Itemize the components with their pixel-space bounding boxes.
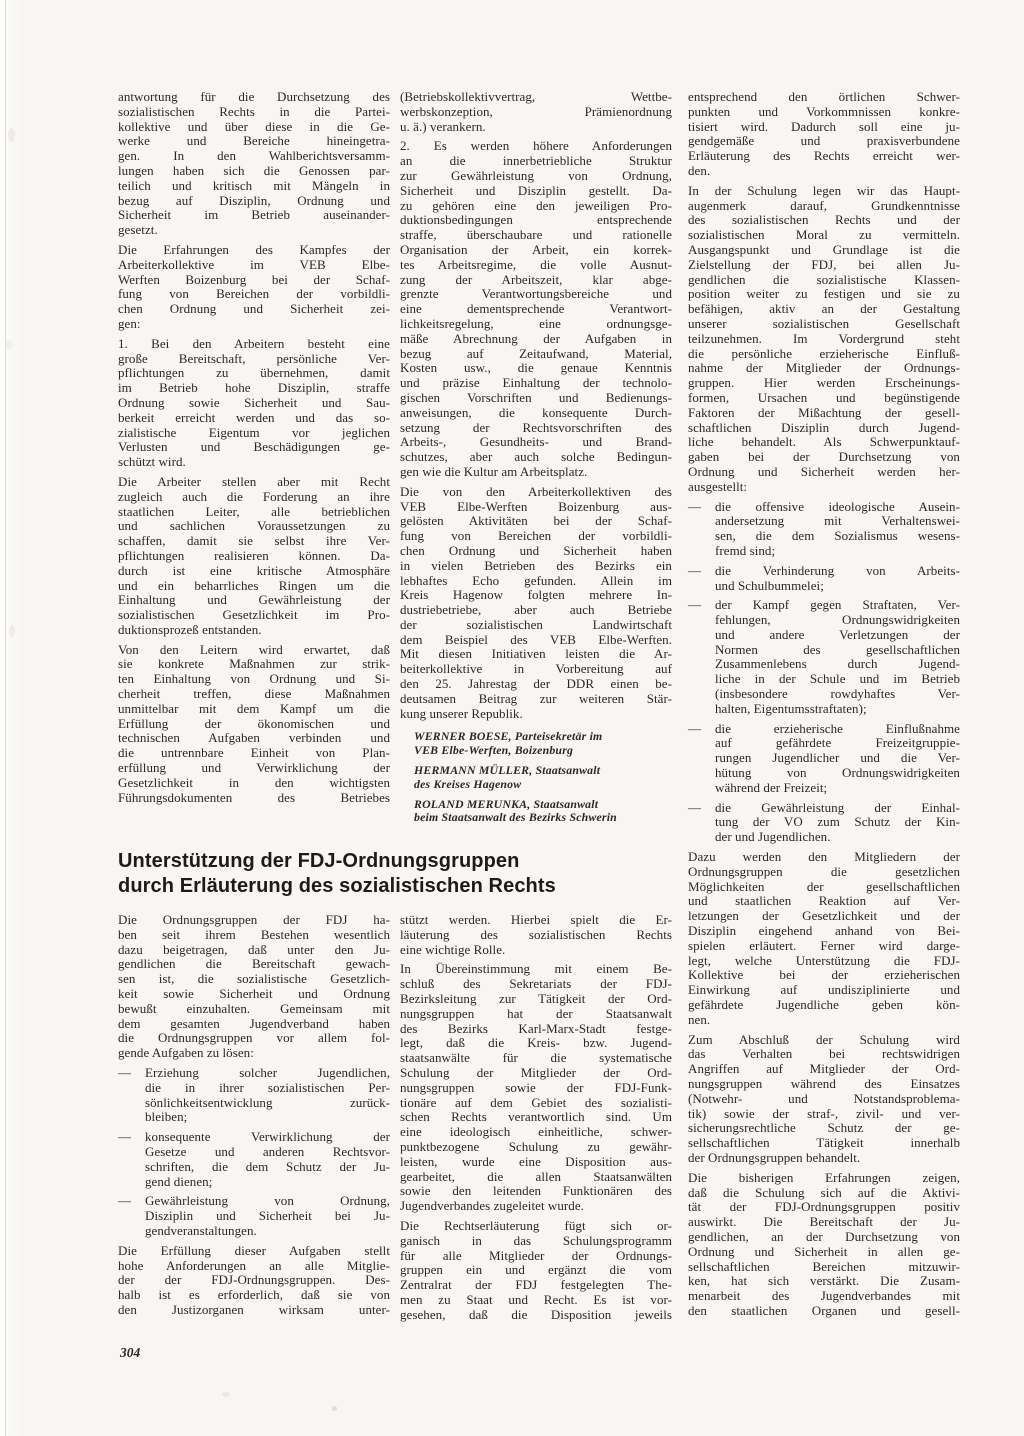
text-line: die erzieherische Einflußnahme [715, 722, 960, 737]
text-line: grenzte Verantwortungsbereiche und [400, 287, 672, 302]
text-line: auf gefährdete Freizeitgruppie- [715, 736, 960, 751]
text-line: der Kampf gegen Straftaten, Ver- [715, 598, 960, 613]
scan-smudge [222, 1392, 230, 1397]
text-line: gefährdete Jugendliche geben kön- [688, 998, 960, 1013]
text-line: dem Beispiel des VEB Elbe-Werften. [400, 633, 672, 648]
text-line: und sachlichen Voraussetzungen zu [118, 519, 390, 534]
text-line: in vielen Betrieben des Bezirks ein [400, 559, 672, 574]
column-left-top: antwortung für die Durchsetzung dessozia… [118, 90, 390, 805]
text-line: konsequente Verwirklichung der [145, 1130, 390, 1145]
author-credit: HERMANN MÜLLER, Staatsanwaltdes Kreises … [414, 764, 672, 792]
text-line: gende Aufgaben zu lösen: [118, 1046, 390, 1061]
text-line: halten, Eigentumsstraftaten); [715, 702, 960, 717]
text-line: sen ist, die sozialistische Gesetzlich- [118, 972, 390, 987]
text-line: fung von Bereichen der vorbildli- [118, 287, 390, 302]
text-line: ganisch in das Schulungsprogramm [400, 1234, 672, 1249]
text-line: den staatlichen Organen und gesell- [688, 1304, 960, 1319]
text-line: während der Freizeit; [715, 781, 960, 796]
text-line: menarbeit des Jugendverbandes mit [688, 1289, 960, 1304]
text-line: gruppen ein und ergänzt die vom [400, 1263, 672, 1278]
text-line: gen wie die Kultur am Arbeitsplatz. [400, 465, 672, 480]
text-line: nungsgruppen während des Einsatzes [688, 1077, 960, 1092]
bullet-item: —Gewährleistung von Ordnung,Disziplin un… [118, 1194, 390, 1238]
text-line: lichkeitsregelung, eine ordnungsge- [400, 317, 672, 332]
text-line: teilich und kritisch mit Mängeln in [118, 179, 390, 194]
text-line: keit sowie Sicherheit und Ordnung [118, 987, 390, 1002]
text-line: men zu Staat und Recht. Es ist vor- [400, 1293, 672, 1308]
bullet-dash-icon: — [688, 598, 715, 613]
text-line: Von den Leitern wird erwartet, daß [118, 643, 390, 658]
text-line: technischen Aufgaben verbinden und [118, 731, 390, 746]
column-left-bottom: Die Ordnungsgruppen der FDJ ha-ben seit … [118, 913, 390, 1318]
text-line: gendlichen die Bereitschaft gewach- [118, 957, 390, 972]
text-line: sellschaftlichen Tätigkeit innerhalb [688, 1136, 960, 1151]
text-line: Mit diesen Initiativen leisten die Ar- [400, 647, 672, 662]
text-line: sicherungsrechtliche Schutz der ge- [688, 1121, 960, 1136]
text-line: Erziehung solcher Jugendlichen, [145, 1066, 390, 1081]
text-line: gen. In den Wahlberichtsversamm- [118, 149, 390, 164]
text-line: nahme der Mitglieder der Ordnungs- [688, 361, 960, 376]
paragraph: 2. Es werden höhere Anforderungenan die … [400, 139, 672, 479]
bullet-item: —die Verhinderung von Arbeits-und Schulb… [688, 564, 960, 594]
text-line: Sicherheit und Disziplin gestellt. Da- [400, 184, 672, 199]
text-line: Zielstellung der FDJ, bei allen Ju- [688, 258, 960, 273]
text-line: entsprechend den örtlichen Schwer- [688, 90, 960, 105]
text-line: pflichtungen realisieren können. Da- [118, 549, 390, 564]
text-line: Gewährleistung von Ordnung, [145, 1194, 390, 1209]
bullet-item: —die offensive ideologische Ausein-ander… [688, 500, 960, 559]
text-line: Faktoren der Mißachtung der gesell- [688, 406, 960, 421]
text-line: Verlusten und Beschädigungen ge- [118, 440, 390, 455]
text-line: Ordnung und Sicherheit in allen ge- [688, 1245, 960, 1260]
scan-edge-artifact [0, 0, 6, 1436]
text-line: bezug auf Zeitaufwand, Material, [400, 347, 672, 362]
text-line: andersetzung mit Verhaltenswei- [715, 514, 960, 529]
paragraph: (Betriebskollektivvertrag, Wettbe-werbsk… [400, 90, 672, 134]
text-line: gearbeitet, die allen Staatsanwälten [400, 1170, 672, 1185]
text-line: rungen Jugendlicher und die Ver- [715, 751, 960, 766]
text-line: In Übereinstimmung mit einem Be- [400, 962, 672, 977]
text-line: letzungen der Gesetzlichkeit und der [688, 909, 960, 924]
paragraph: Die bisherigen Erfahrungen zeigen,daß di… [688, 1171, 960, 1319]
paragraph: Die von den Arbeiterkollektiven desVEB E… [400, 485, 672, 722]
text-line: 2. Es werden höhere Anforderungen [400, 139, 672, 154]
text-line: Organisation der Arbeit, ein korrek- [400, 243, 672, 258]
text-line: Arbeiterkollektive im VEB Elbe- [118, 258, 390, 273]
text-line: nungsgruppen sowie der FDJ-Funk- [400, 1081, 672, 1096]
bullet-item: —konsequente Verwirklichung derGesetze u… [118, 1130, 390, 1189]
text-line: tionäre auf dem Gebiet des sozialisti- [400, 1096, 672, 1111]
bullet-item: —Erziehung solcher Jugendlichen,die in i… [118, 1066, 390, 1125]
text-line: Angriffen auf Mitglieder der Ord- [688, 1062, 960, 1077]
text-line: werbskonzeption, Prämienordnung [400, 105, 672, 120]
text-line: schaffen, damit sie selbst ihre Ver- [118, 534, 390, 549]
text-line: Zum Abschluß der Schulung wird [688, 1033, 960, 1048]
text-line: der und Jugendlichen. [715, 830, 960, 845]
text-line: gend dienen; [145, 1175, 390, 1190]
text-line: Zentralrat der FDJ festgelegten The- [400, 1278, 672, 1293]
article-heading: Unterstützung der FDJ-Ordnungsgruppen du… [118, 849, 698, 899]
text-line: schützt wird. [118, 455, 390, 470]
text-line: Disziplin eingehend anhand von Bei- [688, 924, 960, 939]
text-line: unmittelbar mit dem Kampf um die [118, 702, 390, 717]
bullet-dash-icon: — [118, 1066, 145, 1081]
text-line: duktionsprozeß entstanden. [118, 623, 390, 638]
text-line: gendveranstaltungen. [145, 1224, 390, 1239]
text-line: den 25. Jahrestag der DDR einen be- [400, 677, 672, 692]
text-line: die Ordnungsgruppen vor allem fol- [118, 1031, 390, 1046]
text-line: den. [688, 164, 960, 179]
text-line: gendlichen die sozialistische Klassen- [688, 273, 960, 288]
text-line: Arbeits-, Gesundheits- und Brand- [400, 435, 672, 450]
paragraph: In der Schulung legen wir das Haupt-auge… [688, 184, 960, 495]
text-line: Werften Boizenburg bei der Schaf- [118, 273, 390, 288]
text-line: chen Ordnung und Sicherheit haben [400, 544, 672, 559]
text-line: den Justizorganen wirksam unter- [118, 1303, 390, 1318]
text-line: der sozialistischen Landwirtschaft [400, 618, 672, 633]
text-line: daß die Schulung sich auf die Aktivi- [688, 1186, 960, 1201]
journal-page: antwortung für die Durchsetzung dessozia… [0, 0, 1024, 1436]
paragraph: In Übereinstimmung mit einem Be-schluß d… [400, 962, 672, 1214]
text-line: schen Rechts verantwortlich sind. Um [400, 1110, 672, 1125]
bullet-dash-icon: — [688, 564, 715, 579]
text-line: schaftlichen Disziplin durch Jugend- [688, 421, 960, 436]
text-line: Möglichkeiten der gesellschaftlichen [688, 880, 960, 895]
text-line: große Bereitschaft, persönliche Ver- [118, 352, 390, 367]
text-line: sellschaftlichen Bereichen mitzuwir- [688, 1260, 960, 1275]
text-line: im Betrieb hohe Disziplin, straffe [118, 381, 390, 396]
text-line: der Ordnungsgruppen behandelt. [688, 1151, 960, 1166]
text-line: kollektive und über diese in die Ge- [118, 120, 390, 135]
text-line: Die Arbeiter stellen aber mit Recht [118, 475, 390, 490]
paragraph: Dazu werden den Mitgliedern derOrdnungsg… [688, 850, 960, 1028]
text-line: VEB Elbe-Werften Boizenburg aus- [400, 500, 672, 515]
text-line: zu gehören eine den jeweiligen Pro- [400, 199, 672, 214]
text-line: punkten und Vorkommnissen konkre- [688, 105, 960, 120]
author-credit: WERNER BOESE, Parteisekretär imVEB Elbe-… [414, 730, 672, 758]
text-line: stützt werden. Hierbei spielt die Er- [400, 913, 672, 928]
text-line: dustriebetriebe, aber auch Betriebe [400, 603, 672, 618]
text-line: für alle Mitglieder der Ordnungs- [400, 1249, 672, 1264]
text-line: anweisungen, die konsequente Durch- [400, 406, 672, 421]
text-line: die Gewährleistung der Einhal- [715, 801, 960, 816]
text-line: augenmerk darauf, Grundkenntnisse [688, 199, 960, 214]
text-line: chen Ordnung und Sicherheit zei- [118, 302, 390, 317]
paragraph: Die Erfüllung dieser Aufgaben stellthohe… [118, 1244, 390, 1318]
text-line: erfüllung und Verwirklichung der [118, 761, 390, 776]
text-line: Disziplin und Sicherheit bei Ju- [145, 1209, 390, 1224]
text-line: an die innerbetriebliche Struktur [400, 154, 672, 169]
text-line: tik) sowie der straf-, zivil- und ver- [688, 1107, 960, 1122]
text-line: sozialistischen Gesetzlichkeit im Pro- [118, 608, 390, 623]
text-line: die offensive ideologische Ausein- [715, 500, 960, 515]
text-line: teilzunehmen. Im Vordergrund steht [688, 332, 960, 347]
text-line: kung unserer Republik. [400, 707, 672, 722]
text-line: gesehen, daß die Disposition jeweils [400, 1308, 672, 1323]
scan-smudge [6, 340, 12, 350]
text-line: gaben bei der Durchsetzung von [688, 450, 960, 465]
paragraph: entsprechend den örtlichen Schwer-punkte… [688, 90, 960, 179]
text-line: antwortung für die Durchsetzung des [118, 90, 390, 105]
text-line: duktionsbedingungen entsprechende [400, 213, 672, 228]
text-line: pflichtungen zu übernehmen, damit [118, 366, 390, 381]
text-line: fehlungen, Ordnungswidrigkeiten [715, 613, 960, 628]
text-line: sozialistischen Moral zu vermitteln. [688, 228, 960, 243]
paragraph: Die Arbeiter stellen aber mit Rechtzugle… [118, 475, 390, 638]
text-line: (insbesondere rowdyhaftes Ver- [715, 687, 960, 702]
text-line: tes Arbeitsregime, die volle Ausnut- [400, 258, 672, 273]
text-line: eine dementsprechende Verantwort- [400, 302, 672, 317]
text-line: eine ideologisch einheitliche, schwer- [400, 1125, 672, 1140]
bullet-dash-icon: — [688, 801, 715, 816]
text-line: das Verhalten bei rechtswidrigen [688, 1047, 960, 1062]
text-line: sozialistischen Rechts in die Partei- [118, 105, 390, 120]
text-line: fremd sind; [715, 544, 960, 559]
text-line: zialistische Eigentum vor jeglichen [118, 426, 390, 441]
paragraph: Zum Abschluß der Schulung wirddas Verhal… [688, 1033, 960, 1166]
paragraph: antwortung für die Durchsetzung dessozia… [118, 90, 390, 238]
text-line: sen, die dem Sozialismus wesens- [715, 529, 960, 544]
text-line: Dazu werden den Mitgliedern der [688, 850, 960, 865]
text-line: Führungsdokumenten des Betriebes [118, 791, 390, 806]
text-line: u. ä.) verankern. [400, 120, 672, 135]
text-line: Die Rechtserläuterung fügt sich or- [400, 1219, 672, 1234]
text-line: gendgemäße und praxisverbundene [688, 134, 960, 149]
text-line: (Notwehr- und Notstandsproblema- [688, 1092, 960, 1107]
scan-smudge [9, 625, 15, 637]
article-heading-line2: durch Erläuterung des sozialistischen Re… [118, 874, 698, 899]
text-line: tät der FDJ-Ordnungsgruppen positiv [688, 1200, 960, 1215]
text-line: die persönliche erzieherische Einfluß- [688, 347, 960, 362]
text-line: des sozialistischen Rechts und der [688, 213, 960, 228]
text-line: gischen Vorschriften und Bedienungs- [400, 391, 672, 406]
text-line: schriften, die dem Schutz der Ju- [145, 1160, 390, 1175]
text-line: ben seit ihrem Bestehen wesentlich [118, 928, 390, 943]
text-line: zur Gewährleistung von Ordnung, [400, 169, 672, 184]
text-line: ROLAND MERUNKA, Staatsanwalt [414, 798, 672, 812]
text-line: auswirkt. Die Bereitschaft der Ju- [688, 1215, 960, 1230]
text-line: Sicherheit im Betrieb auseinander- [118, 208, 390, 223]
text-line: eine wichtige Rolle. [400, 943, 672, 958]
text-line: Ordnung und Sicherheit werden her- [688, 465, 960, 480]
text-line: bezug auf Disziplin, Ordnung und [118, 194, 390, 209]
text-line: läuterung des sozialistischen Rechts [400, 928, 672, 943]
article-heading-line1: Unterstützung der FDJ-Ordnungsgruppen [118, 849, 698, 874]
text-line: zugleich auch die Forderung an ihre [118, 490, 390, 505]
text-line: Die Ordnungsgruppen der FDJ ha- [118, 913, 390, 928]
author-credit: ROLAND MERUNKA, Staatsanwaltbeim Staatsa… [414, 798, 672, 826]
column-right: entsprechend den örtlichen Schwer-punkte… [688, 90, 960, 1319]
text-line: bewußt einzuhalten. Gemeinsam mit [118, 1002, 390, 1017]
text-line: die in ihrer sozialistischen Per- [145, 1081, 390, 1096]
text-line: dem gesamten Jugendverband haben [118, 1017, 390, 1032]
text-line: ken, hat sich verstärkt. Die Zusam- [688, 1274, 960, 1289]
scan-smudge [8, 128, 15, 142]
text-line: hütung von Ordnungswidrigkeiten [715, 766, 960, 781]
text-line: und Schulbummelei; [715, 579, 960, 594]
paragraph: Die Rechtserläuterung fügt sich or-ganis… [400, 1219, 672, 1323]
text-line: gesetzt. [118, 223, 390, 238]
text-line: Ordnungsgruppen die gesetzlichen [688, 865, 960, 880]
text-line: Die Erfahrungen des Kampfes der [118, 243, 390, 258]
text-line: cherheit treffen, diese Maßnahmen [118, 687, 390, 702]
text-line: 1. Bei den Arbeitern besteht eine [118, 337, 390, 352]
text-line: gruppen. Hier werden Erscheinungs- [688, 376, 960, 391]
text-line: liche behandelt. Als Schwerpunktauf- [688, 435, 960, 450]
text-line: punktbezogene Schulung zu gewähr- [400, 1140, 672, 1155]
text-line: sowie den leitenden Funktionären des [400, 1184, 672, 1199]
bullet-dash-icon: — [688, 500, 715, 515]
text-line: bleiben; [145, 1110, 390, 1125]
text-line: legt, daß die Kreis- bzw. Jugend- [400, 1036, 672, 1051]
text-line: Die von den Arbeiterkollektiven des [400, 485, 672, 500]
text-line: Gesetze und anderen Rechtsvor- [145, 1145, 390, 1160]
text-line: Ausgangspunkt und Grundlage ist die [688, 243, 960, 258]
text-line: nungsgruppen hat der Staatsanwalt [400, 1007, 672, 1022]
text-line: die untrennbare Einheit von Plan- [118, 746, 390, 761]
text-line: hohe Anforderungen an alle Mitglie- [118, 1259, 390, 1274]
text-line: der der FDJ-Ordnungsgruppen. Des- [118, 1273, 390, 1288]
text-line: gendlichen, an der Durchsetzung von [688, 1230, 960, 1245]
text-line: Schulung der Mitglieder der Ord- [400, 1066, 672, 1081]
text-line: durch ist eine kritische Atmosphäre [118, 564, 390, 579]
text-line: Erfüllung der ökonomischen und [118, 717, 390, 732]
text-line: Kosten usw., die genaue Kenntnis [400, 361, 672, 376]
text-line: spielen erläutert. Ferner wird darge- [688, 939, 960, 954]
text-line: nen. [688, 1013, 960, 1028]
text-line: ten Einhaltung von Ordnung und Si- [118, 672, 390, 687]
text-line: Kollektive bei der erzieherischen [688, 968, 960, 983]
text-line: unserer sozialistischen Gesellschaft [688, 317, 960, 332]
text-line: liche in der Schule und im Betrieb [715, 672, 960, 687]
text-line: Normen des gesellschaftlichen [715, 643, 960, 658]
text-line: und ein beharrliches Ringen um die [118, 579, 390, 594]
text-line: Ordnung sowie Sicherheit und Sau- [118, 396, 390, 411]
text-line: zung der Arbeitszeit, klar abge- [400, 273, 672, 288]
text-line: dazu beigetragen, daß unter den Ju- [118, 943, 390, 958]
bullet-item: —die Gewährleistung der Einhal-tung der … [688, 801, 960, 845]
text-line: befähigen, aktiv an der Gestaltung [688, 302, 960, 317]
paragraph: Die Ordnungsgruppen der FDJ ha-ben seit … [118, 913, 390, 1061]
text-line: Die bisherigen Erfahrungen zeigen, [688, 1171, 960, 1186]
text-line: straffe, überschaubare und rationelle [400, 228, 672, 243]
text-line: sie konkrete Maßnahmen zur strik- [118, 657, 390, 672]
text-line: die Verhinderung von Arbeits- [715, 564, 960, 579]
text-line: deutsamen Beitrag zur weiteren Stär- [400, 692, 672, 707]
bullet-dash-icon: — [688, 722, 715, 737]
text-line: beim Staatsanwalt des Bezirks Schwerin [414, 811, 672, 825]
text-line: und andere Verletzungen der [715, 628, 960, 643]
text-line: In der Schulung legen wir das Haupt- [688, 184, 960, 199]
scan-smudge [332, 1406, 337, 1411]
text-line: und staatlichen Reaktion auf Ver- [688, 894, 960, 909]
text-line: schutzes, aber auch solche Bedingun- [400, 450, 672, 465]
text-line: Bezirksleitung zur Tätigkeit der Ord- [400, 992, 672, 1007]
text-line: position weiter zu festigen und sie zu [688, 287, 960, 302]
paragraph: 1. Bei den Arbeitern besteht einegroße B… [118, 337, 390, 470]
text-line: schluß des Sekretariats der FDJ- [400, 977, 672, 992]
text-line: WERNER BOESE, Parteisekretär im [414, 730, 672, 744]
text-line: halb ist es erforderlich, daß sie von [118, 1288, 390, 1303]
text-line: Die Erfüllung dieser Aufgaben stellt [118, 1244, 390, 1259]
text-line: und präzise Einhaltung der technolo- [400, 376, 672, 391]
text-line: tung der VO zum Schutz der Kin- [715, 815, 960, 830]
text-line: des Kreises Hagenow [414, 778, 672, 792]
bullet-dash-icon: — [118, 1194, 145, 1209]
text-line: Jugendverbandes zugeleitet wurde. [400, 1199, 672, 1214]
text-line: Gesetzlichkeit in den wichtigsten [118, 776, 390, 791]
text-line: fung von Bereichen der vorbildli- [400, 529, 672, 544]
text-line: mäße Abrechnung der Aufgaben in [400, 332, 672, 347]
paragraph: Die Erfahrungen des Kampfes derArbeiterk… [118, 243, 390, 332]
text-line: Zusammenlebens durch Jugend- [715, 657, 960, 672]
text-line: des Bezirks Karl-Marx-Stadt festge- [400, 1022, 672, 1037]
bullet-item: —der Kampf gegen Straftaten, Ver-fehlung… [688, 598, 960, 716]
text-line: gelösten Aktivitäten bei der Schaf- [400, 514, 672, 529]
text-line: beiterkollektive in Vorbereitung auf [400, 662, 672, 677]
text-line: staatsanwälte für die systematische [400, 1051, 672, 1066]
text-line: formen, Ursachen und begünstigende [688, 391, 960, 406]
text-line: Erläuterung des Rechts erreicht wer- [688, 149, 960, 164]
text-line: gen: [118, 317, 390, 332]
bullet-item: —die erzieherische Einflußnahmeauf gefäh… [688, 722, 960, 796]
text-line: (Betriebskollektivvertrag, Wettbe- [400, 90, 672, 105]
text-line: berkeit erreicht werden und das so- [118, 411, 390, 426]
text-line: lebhaftes Echo gefunden. Allein im [400, 574, 672, 589]
text-line: legt, welche Unterstützung die FDJ- [688, 954, 960, 969]
text-line: setzung der Rechtsvorschriften des [400, 421, 672, 436]
text-line: werke und Bereiche hineingetra- [118, 134, 390, 149]
text-line: Einhaltung und Gewährleistung der [118, 593, 390, 608]
column-middle-bottom: stützt werden. Hierbei spielt die Er-läu… [400, 913, 672, 1323]
text-line: lungen haben sich die Genossen par- [118, 164, 390, 179]
text-line: Einwirkung auf undisziplinierte und [688, 983, 960, 998]
column-middle-top: (Betriebskollektivvertrag, Wettbe-werbsk… [400, 90, 672, 825]
bullet-dash-icon: — [118, 1130, 145, 1145]
text-line: Kreis Hagenow folgten mehrere In- [400, 588, 672, 603]
page-number: 304 [120, 1345, 140, 1361]
text-line: sönlichkeitsentwicklung zurück- [145, 1096, 390, 1111]
text-line: HERMANN MÜLLER, Staatsanwalt [414, 764, 672, 778]
text-line: tisiert wird. Dadurch soll eine ju- [688, 120, 960, 135]
text-line: ausgestellt: [688, 480, 960, 495]
text-line: staatlichen Leiter, alle betrieblichen [118, 505, 390, 520]
text-line: leisten, wurde eine Disposition aus- [400, 1155, 672, 1170]
text-line: VEB Elbe-Werften, Boizenburg [414, 744, 672, 758]
paragraph: stützt werden. Hierbei spielt die Er-läu… [400, 913, 672, 957]
paragraph: Von den Leitern wird erwartet, daßsie ko… [118, 643, 390, 806]
